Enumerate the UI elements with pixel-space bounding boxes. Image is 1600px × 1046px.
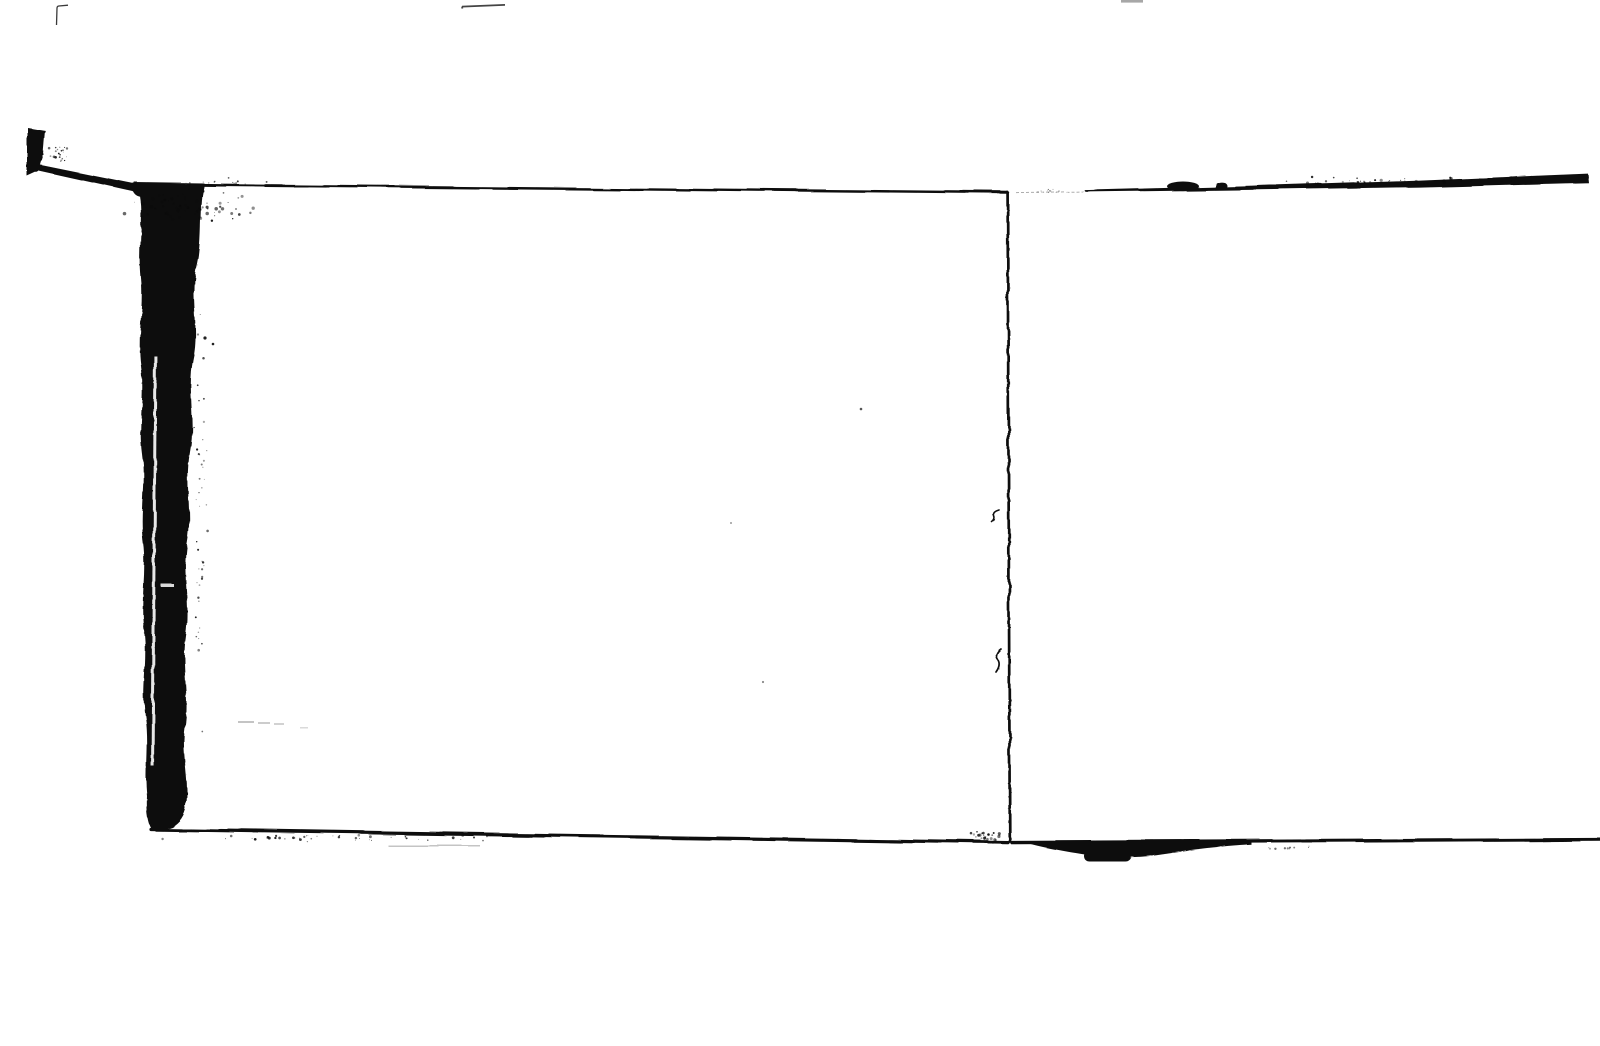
ink-speckle (975, 836, 977, 838)
ink-speckle (982, 832, 985, 835)
ink-speckle (201, 578, 203, 580)
ink-speckle (188, 188, 189, 189)
ink-speck (860, 408, 863, 411)
ink-speckle (303, 836, 305, 838)
ink-speckle (228, 177, 230, 179)
ink-speckle (460, 839, 461, 840)
ink-blob-small (1215, 182, 1227, 190)
ink-speckle (252, 207, 255, 210)
ink-speckle (1317, 182, 1319, 184)
ink-speckle (185, 210, 186, 211)
ink-speckle (1369, 181, 1371, 183)
ink-speckle (214, 215, 215, 216)
ink-speckle (981, 837, 983, 839)
ink-speckle (310, 838, 312, 840)
ink-speckle (62, 149, 64, 151)
ink-speckle (155, 208, 157, 210)
ink-speckle (1333, 177, 1335, 179)
ink-speckle (405, 836, 407, 838)
ink-speckle (196, 448, 198, 450)
ink-speckle (228, 202, 229, 203)
ink-speckle (178, 216, 180, 218)
ink-speckle (198, 400, 200, 402)
ink-speckle (142, 202, 145, 205)
ink-speckle (168, 201, 169, 202)
ink-speckle (537, 834, 539, 836)
ink-speckle (196, 541, 197, 542)
ink-speckle (200, 314, 201, 315)
ink-speckle (339, 835, 341, 837)
ink-speckle (1404, 180, 1406, 182)
ink-speckle (162, 205, 164, 207)
ink-speckle (158, 195, 160, 197)
ink-speckle (59, 154, 61, 156)
ink-speckle (1374, 179, 1376, 181)
ink-speckle (1293, 847, 1295, 849)
ink-speckle (198, 632, 199, 633)
ink-speckle (452, 836, 455, 839)
ink-speckle (197, 384, 199, 386)
ink-speckle (63, 152, 64, 153)
ink-speckle (64, 160, 65, 161)
ink-speckle (1289, 847, 1291, 849)
ink-speckle (970, 832, 973, 835)
ink-speckle (1510, 176, 1513, 179)
ink-speckle (1470, 180, 1472, 182)
ink-speckle (197, 549, 199, 551)
ink-speckle (1056, 192, 1057, 193)
ink-speckle (161, 838, 163, 840)
faint-smudge (274, 723, 284, 725)
ink-speckle (180, 208, 181, 209)
ink-speck (730, 522, 732, 524)
ink-speckle (198, 492, 199, 493)
ink-speckle (197, 582, 198, 583)
ink-speckle (204, 479, 205, 480)
ink-speckle (214, 181, 216, 183)
ink-speckle (201, 568, 203, 570)
ink-speckle (146, 213, 148, 215)
ink-speckle (57, 149, 59, 151)
ink-speckle (199, 584, 201, 586)
ink-speckle (202, 467, 203, 468)
ink-speckle (218, 210, 221, 213)
ink-speckle (986, 838, 989, 841)
ink-speckle (232, 218, 233, 219)
ink-speckle (358, 834, 361, 837)
ink-speckle (406, 837, 408, 839)
ink-speckle (201, 576, 203, 578)
ink-speckle (1043, 192, 1044, 193)
ink-speckle (1510, 180, 1512, 182)
ink-speckle (166, 212, 169, 215)
ink-speckle (184, 197, 186, 199)
ink-speckle (199, 216, 203, 220)
ink-speckle (199, 506, 200, 507)
ink-speckle (369, 839, 370, 840)
ink-speckle (48, 147, 51, 150)
ink-speckle (998, 832, 1001, 835)
ink-speckle (983, 839, 984, 840)
ink-speckle (1058, 190, 1059, 191)
ink-speckle (176, 207, 179, 210)
ink-speckle (1268, 847, 1269, 848)
ink-speckle (205, 212, 209, 216)
ink-speckle (1050, 191, 1051, 192)
ink-speckle (201, 206, 203, 208)
faint-underline-smudge (388, 845, 480, 847)
ink-speckle (197, 649, 200, 652)
ink-speckle (50, 155, 52, 157)
ink-speckle (241, 195, 244, 198)
ink-speckle (1342, 181, 1344, 183)
ink-speckle (198, 638, 199, 639)
ink-speckle (199, 627, 200, 628)
ink-speckle (163, 199, 166, 202)
ink-speckle (1289, 848, 1290, 849)
ink-speckle (187, 207, 189, 209)
ink-speckle (189, 182, 191, 184)
ink-speckle (185, 183, 187, 185)
ink-speckle (211, 220, 213, 222)
ink-speckle (993, 832, 995, 834)
ink-speckle (201, 731, 203, 733)
ink-speckle (976, 831, 978, 833)
gutter-highlight-dash (161, 584, 174, 587)
ink-speckle (151, 197, 154, 200)
ink-speckle (1356, 181, 1359, 184)
ink-speckle (221, 207, 224, 210)
ink-speckle (179, 204, 180, 205)
ink-speckle (993, 838, 996, 841)
ink-speckle (1049, 190, 1051, 192)
ink-speckle (973, 833, 975, 835)
ink-speckle (1364, 181, 1365, 182)
ink-speckle (1286, 180, 1288, 182)
ink-speckle (977, 834, 980, 837)
ink-speckle (161, 201, 164, 204)
ink-speckle (199, 454, 200, 455)
ink-speckle (219, 206, 221, 208)
ink-speckle (206, 530, 209, 533)
ink-speckle (1047, 190, 1048, 191)
ink-speckle (1325, 180, 1327, 182)
ink-speckle (268, 837, 271, 840)
ink-speckle (355, 837, 357, 839)
ink-speckle (391, 837, 392, 838)
ink-speckle (233, 183, 235, 185)
ink-speckle (232, 182, 233, 183)
ink-speckle (1311, 176, 1313, 178)
ink-speckle (1389, 180, 1390, 181)
ink-speckle (1460, 179, 1461, 180)
ink-speckle (299, 838, 300, 839)
ink-speckle (1048, 192, 1049, 193)
ink-speckle (252, 838, 253, 839)
ink-speckle (1287, 847, 1289, 849)
ink-speckle (177, 195, 178, 196)
ink-speckle (486, 836, 487, 837)
ink-speckle (206, 450, 207, 451)
ink-speckle (141, 202, 142, 203)
ink-speckle (237, 180, 239, 182)
ink-speckle (150, 205, 154, 209)
ink-speckle (180, 205, 181, 206)
ink-speckle (66, 147, 68, 149)
ink-speckle (197, 333, 199, 335)
ink-speckle (371, 840, 372, 841)
ink-speckle (1461, 180, 1462, 181)
ink-speckle (278, 837, 281, 840)
ink-speckle (427, 839, 428, 840)
ink-speckle (991, 834, 993, 836)
ink-speckle (208, 182, 210, 184)
ink-speckle (306, 835, 307, 836)
ink-speckle (245, 183, 246, 184)
ink-speckle (1053, 189, 1054, 190)
ink-speckle (473, 836, 475, 838)
ink-speckle (238, 213, 241, 216)
ink-speckle (55, 147, 56, 148)
ink-speckle (482, 840, 484, 842)
scanned-document-page (0, 0, 1600, 1046)
ink-speckle (195, 200, 198, 203)
ink-speckle (193, 427, 194, 428)
ink-speckle (235, 208, 237, 210)
ink-speckle (198, 208, 201, 211)
ink-speckle (355, 840, 356, 841)
ink-speckle (1530, 181, 1532, 183)
ink-speckle (985, 836, 987, 838)
ink-speckle (307, 835, 308, 836)
faint-smudge (238, 721, 254, 723)
ink-speckle (254, 838, 257, 841)
ink-speckle (197, 597, 199, 599)
ink-speckle (284, 838, 285, 839)
ink-speckle (201, 643, 203, 645)
ink-speckle (214, 207, 218, 211)
ink-speckle (203, 398, 205, 400)
ink-speckle (1048, 189, 1049, 190)
ink-speckle (62, 158, 64, 160)
ink-speckle (984, 839, 985, 840)
ink-speckle (1442, 179, 1445, 182)
ink-speckle (168, 213, 170, 215)
ink-speckle (123, 212, 127, 216)
ink-speckle (223, 192, 225, 194)
ink-speckle (202, 357, 205, 360)
ink-speckle (219, 202, 222, 205)
ink-speckle (196, 636, 198, 638)
ink-speckle (274, 837, 276, 839)
ink-speckle (201, 463, 203, 465)
ink-speckle (202, 561, 204, 563)
ink-speckle (237, 197, 239, 199)
ink-speckle (1402, 183, 1404, 185)
ink-speckle (987, 833, 990, 836)
ink-speckle (1424, 183, 1425, 184)
ink-speckle (1308, 846, 1309, 847)
ink-speckle (983, 834, 984, 835)
ink-speckle (134, 202, 135, 203)
ink-speckle (1356, 177, 1358, 179)
scan-background (0, 0, 1600, 1046)
ink-speckle (185, 204, 187, 206)
ink-speckle (60, 161, 61, 162)
ink-speckle (162, 194, 164, 196)
ink-speck (762, 681, 764, 683)
scanned-book-spread (0, 0, 1600, 1046)
ink-speckle (202, 439, 203, 440)
ink-speckle (249, 212, 251, 214)
ink-speckle (230, 835, 233, 838)
page-bottom-ink-blob-lobe (1084, 850, 1132, 862)
ink-speckle (1040, 190, 1041, 191)
ink-speckle (1400, 180, 1401, 181)
ink-speckle (178, 212, 179, 213)
ink-speckle (59, 156, 61, 158)
faint-smudge (258, 722, 270, 724)
ink-speckle (1269, 848, 1271, 850)
ink-speck (203, 336, 206, 339)
ink-speckle (1037, 191, 1038, 192)
ink-speckle (1360, 181, 1361, 182)
ink-speckle (61, 150, 63, 152)
ink-speckle (1349, 180, 1350, 181)
ink-speckle (1306, 181, 1309, 184)
ink-speckle (230, 212, 233, 215)
ink-speckle (359, 838, 360, 839)
ink-speckle (182, 194, 183, 195)
ink-speckle (55, 150, 57, 152)
ink-speckle (1404, 178, 1405, 179)
ink-speckle (203, 182, 204, 183)
ink-speckle (236, 182, 237, 183)
ink-speckle (203, 460, 205, 462)
ink-speckle (461, 834, 464, 837)
ink-speckle (203, 565, 204, 566)
ink-speckle (185, 199, 186, 200)
ink-speckle (171, 218, 174, 221)
ink-speckle (195, 616, 197, 618)
ink-speckle (53, 155, 56, 158)
ink-speckle (275, 835, 277, 837)
ink-speckle (1449, 177, 1451, 179)
ink-speckle (173, 203, 175, 205)
ink-speckle (146, 207, 147, 208)
ink-speck (212, 343, 215, 346)
stray-ink-smudge (1121, 0, 1143, 3)
ink-speckle (199, 478, 201, 480)
ink-speckle (1274, 848, 1276, 850)
ink-speckle (266, 181, 268, 183)
ink-speckle (206, 504, 207, 505)
ink-speckle (990, 837, 993, 840)
ink-speckle (194, 213, 195, 214)
ink-speckle (1401, 182, 1403, 184)
ink-speckle (992, 841, 994, 843)
ink-speckle (1380, 179, 1383, 182)
ink-speckle (170, 197, 173, 200)
ink-speckle (198, 568, 199, 569)
ink-speckle (141, 215, 144, 218)
ink-speckle (225, 838, 226, 839)
ink-speckle (207, 208, 208, 209)
ink-speckle (169, 215, 171, 217)
ink-speckle (997, 835, 1000, 838)
ink-speckle (338, 836, 340, 838)
ink-speckle (369, 835, 372, 838)
ink-speckle (1502, 181, 1503, 182)
ink-speckle (1308, 847, 1309, 848)
ink-speckle (203, 421, 205, 423)
ink-speckle (206, 202, 208, 204)
faint-smudge (300, 727, 308, 729)
ink-speckle (332, 835, 333, 836)
ink-speckle (1284, 847, 1286, 849)
ink-speckle (1315, 182, 1316, 183)
ink-blob (1167, 182, 1199, 192)
ink-speckle (201, 487, 202, 488)
ink-speckle (1416, 181, 1417, 182)
ink-speckle (196, 210, 199, 213)
ink-speckle (198, 601, 199, 602)
ink-speckle (1442, 181, 1443, 182)
ink-speckle (64, 147, 65, 148)
ink-speckle (316, 836, 317, 837)
ink-speckle (1427, 182, 1429, 184)
ink-speckle (66, 156, 67, 157)
ink-speckle (214, 212, 215, 213)
ink-speckle (307, 841, 308, 842)
ink-speckle (58, 153, 60, 155)
ink-speckle (59, 147, 60, 148)
ink-speckle (196, 499, 197, 500)
ink-speckle (294, 837, 295, 838)
ink-speckle (267, 837, 269, 839)
ink-speckle (418, 839, 419, 840)
